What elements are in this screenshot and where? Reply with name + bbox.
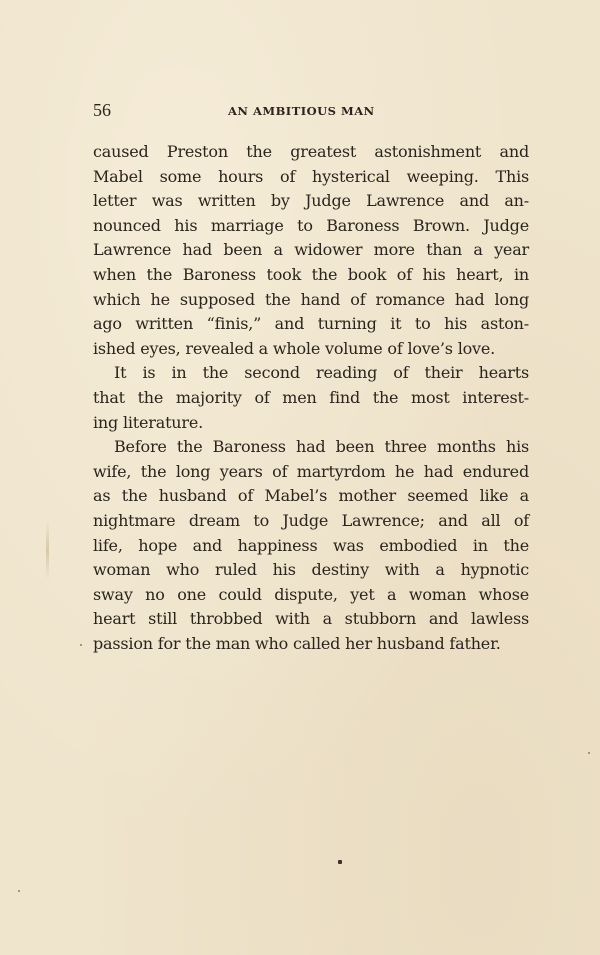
- text-line: ished eyes, revealed a whole volume of l…: [93, 337, 529, 362]
- text-line: wife, the long years of martyrdom he had…: [93, 460, 529, 485]
- running-head: 56 AN AMBITIOUS MAN: [93, 100, 529, 122]
- text-line: which he supposed the hand of romance ha…: [93, 288, 529, 313]
- text-line: nounced his marriage to Baroness Brown. …: [93, 214, 529, 239]
- paper-crease: [46, 520, 49, 580]
- text-line: Lawrence had been a widower more than a …: [93, 238, 529, 263]
- text-line: as the husband of Mabel’s mother seemed …: [93, 484, 529, 509]
- paper-speck: [18, 890, 20, 892]
- ink-speck: [338, 860, 342, 864]
- text-line: sway no one could dispute, yet a woman w…: [93, 583, 529, 608]
- book-title: AN AMBITIOUS MAN: [228, 104, 375, 118]
- text-line: ago written “finis,” and turning it to h…: [93, 312, 529, 337]
- text-line: when the Baroness took the book of his h…: [93, 263, 529, 288]
- text-line: nightmare dream to Judge Lawrence; and a…: [93, 509, 529, 534]
- paper-speck: [80, 644, 82, 646]
- paragraph-start-line: Before the Baroness had been three month…: [93, 435, 529, 460]
- text-line: heart still throbbed with a stubborn and…: [93, 607, 529, 632]
- paragraph-start-line: It is in the second reading of their hea…: [93, 361, 529, 386]
- body-text: caused Preston the greatest astonishment…: [93, 140, 529, 656]
- text-line: Mabel some hours of hysterical weeping. …: [93, 165, 529, 190]
- paper-speck: [588, 752, 590, 754]
- text-line: ing literature.: [93, 411, 529, 436]
- book-page: 56 AN AMBITIOUS MAN caused Preston the g…: [0, 0, 600, 955]
- text-line: passion for the man who called her husba…: [93, 632, 529, 657]
- text-line: caused Preston the greatest astonishment…: [93, 140, 529, 165]
- text-line: woman who ruled his destiny with a hypno…: [93, 558, 529, 583]
- page-number: 56: [93, 100, 111, 121]
- text-line: life, hope and happiness was embodied in…: [93, 534, 529, 559]
- text-line: that the majority of men find the most i…: [93, 386, 529, 411]
- text-line: letter was written by Judge Lawrence and…: [93, 189, 529, 214]
